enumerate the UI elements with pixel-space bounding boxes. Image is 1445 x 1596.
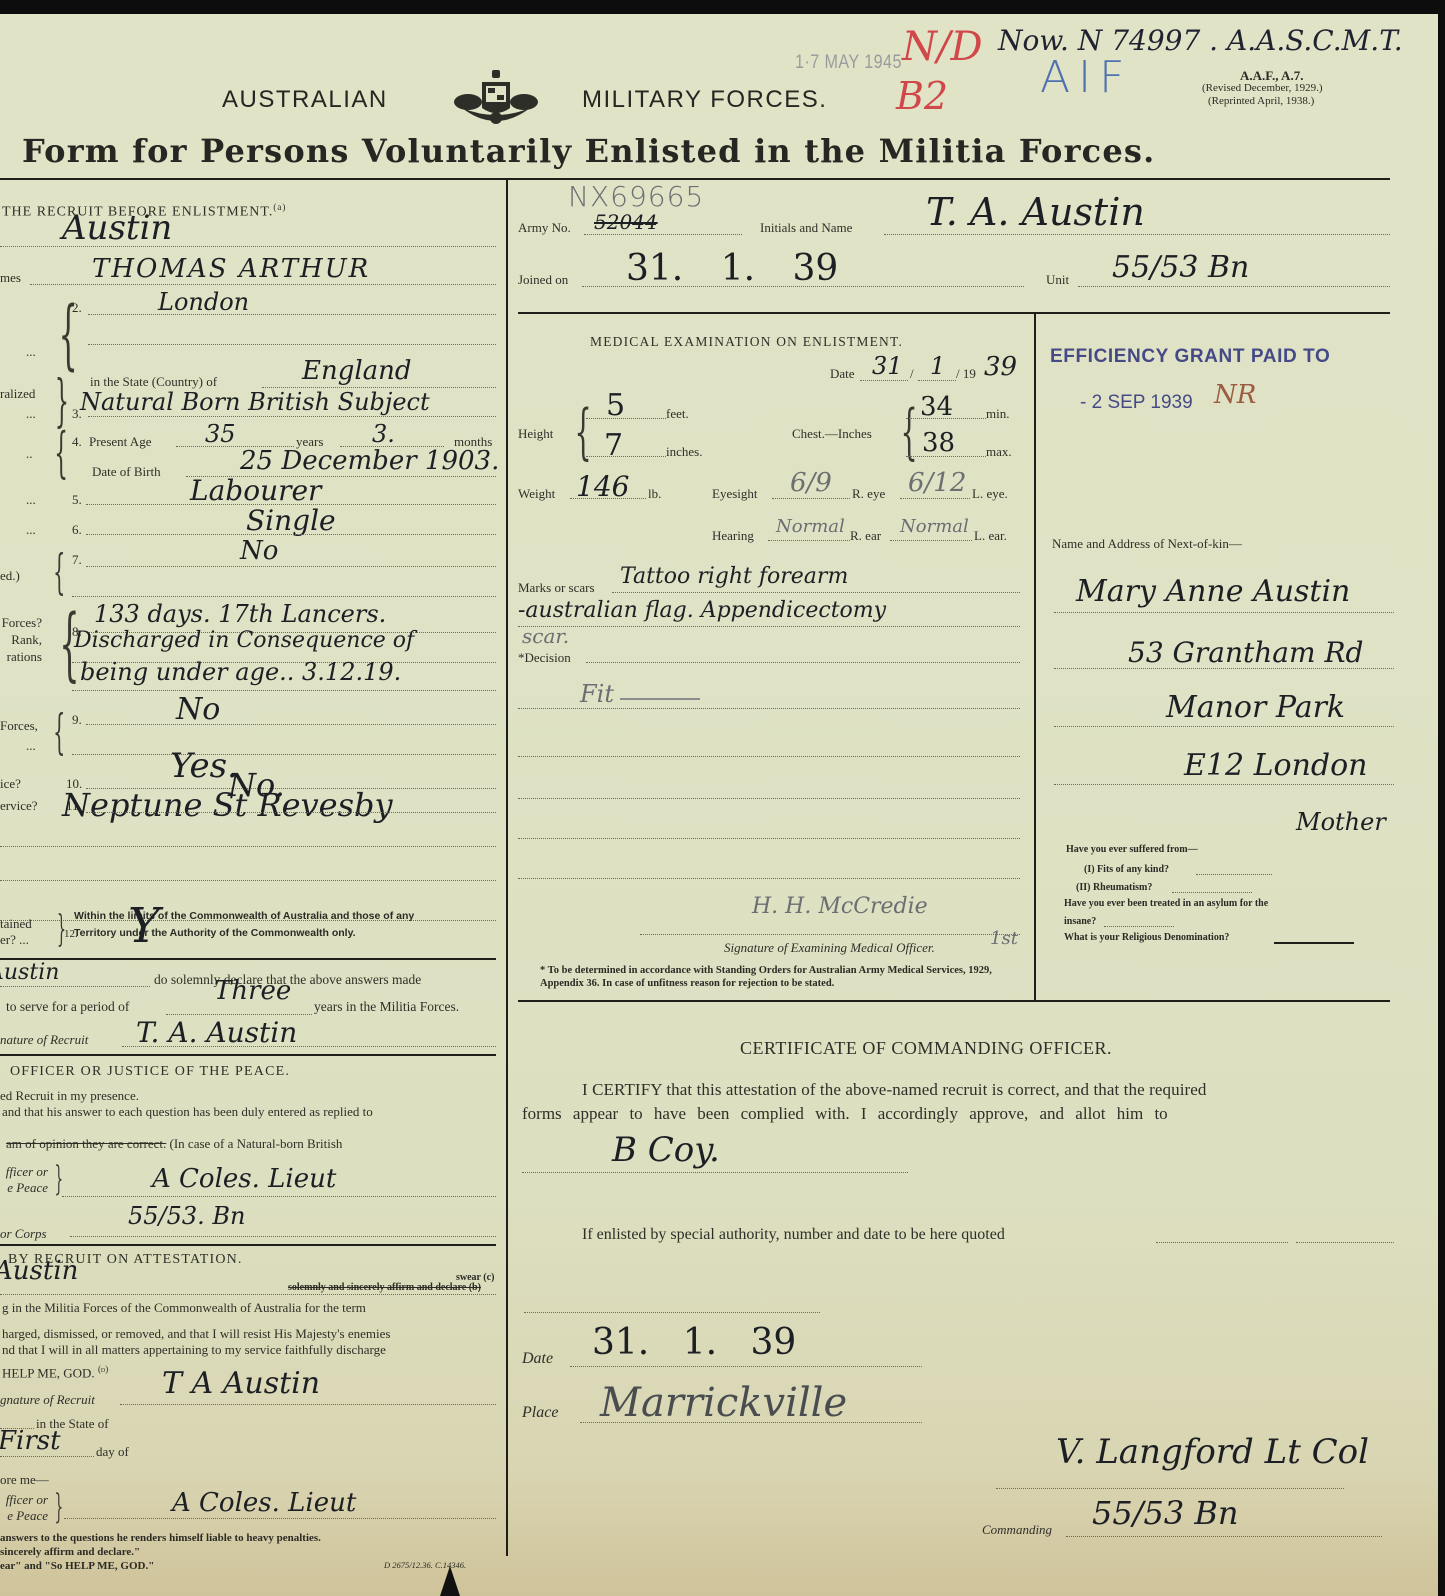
q7-value: No bbox=[240, 536, 278, 566]
height-inches-value: 7 bbox=[604, 428, 623, 463]
nok-line-3: Manor Park bbox=[1166, 690, 1345, 725]
nok-line-2: 53 Grantham Rd bbox=[1128, 636, 1363, 669]
form-title: Form for Persons Voluntarily Enlisted in… bbox=[22, 132, 1155, 170]
witness-signature: A Coles. Lieut bbox=[152, 1164, 336, 1194]
surname-line bbox=[0, 246, 496, 247]
medical-heading: MEDICAL EXAMINATION ON ENLISTMENT. bbox=[590, 334, 903, 350]
country-value: England bbox=[302, 356, 412, 386]
aif-note: AIF bbox=[1040, 52, 1132, 103]
oath-witness-signature: A Coles. Lieut bbox=[172, 1488, 356, 1518]
q8-line-1: 133 days. 17th Lancers. bbox=[94, 600, 386, 628]
initials-name-value: T. A. Austin bbox=[926, 190, 1145, 234]
surname-value: Austin bbox=[62, 208, 172, 248]
q8-line-3: being under age.. 3.12.19. bbox=[80, 658, 401, 686]
nationality-value: Natural Born British Subject bbox=[80, 388, 430, 416]
q9-value: No bbox=[176, 692, 220, 727]
dob-value: 25 December 1903. bbox=[240, 446, 499, 476]
header-military-forces: MILITARY FORCES. bbox=[582, 86, 827, 114]
chest-max-value: 38 bbox=[922, 428, 955, 458]
form-reprinted: (Reprinted April, 1938.) bbox=[1208, 95, 1314, 107]
age-years-value: 35 bbox=[205, 420, 236, 448]
joined-date-value: 31. 1. 39 bbox=[626, 248, 838, 289]
q8-label: Forces? Rank, rations bbox=[0, 614, 42, 665]
marks-line-1: Tattoo right forearm bbox=[620, 564, 848, 589]
nok-line-4: E12 London bbox=[1184, 748, 1368, 783]
given-names-line bbox=[30, 284, 496, 285]
commanding-officer-signature: V. Langford Lt Col bbox=[1056, 1432, 1369, 1472]
header-australian: AUSTRALIAN bbox=[222, 86, 388, 114]
age-months-value: 3. bbox=[372, 420, 395, 448]
medical-date-month: 1 bbox=[930, 352, 945, 380]
given-names-label: mes bbox=[0, 270, 21, 286]
day-value: First bbox=[0, 1426, 61, 1456]
birthplace-value: London bbox=[158, 288, 249, 316]
grant-initials: NR bbox=[1214, 380, 1256, 410]
marital-value: Single bbox=[246, 504, 336, 537]
received-date-stamp: 1·7 MAY 1945 bbox=[795, 52, 902, 74]
commanding-unit-value: 55/53 Bn bbox=[1092, 1494, 1239, 1532]
right-ear-value: Normal bbox=[776, 516, 845, 537]
left-ear-value: Normal bbox=[900, 516, 969, 537]
trade-value: Labourer bbox=[190, 474, 321, 507]
witness-heading: OFFICER OR JUSTICE OF THE PEACE. bbox=[10, 1064, 290, 1080]
marks-line-3: scar. bbox=[522, 624, 569, 648]
medical-date-year: 39 bbox=[984, 352, 1017, 382]
red-mark-nd: N/D bbox=[902, 24, 983, 70]
column-divider bbox=[506, 180, 508, 1556]
certificate-heading: CERTIFICATE OF COMMANDING OFFICER. bbox=[740, 1038, 1112, 1059]
allotted-company: B Coy. bbox=[612, 1130, 720, 1170]
marks-line-2: -australian flag. Appendicectomy bbox=[518, 598, 886, 623]
enlistment-form: AUSTRALIAN MILITARY FORCES. 1·7 MAY 1945… bbox=[0, 14, 1438, 1596]
nok-relation: Mother bbox=[1296, 808, 1386, 836]
recruit-signature-1: T. A. Austin bbox=[136, 1016, 297, 1049]
address-value: Neptune St Revesby bbox=[62, 786, 393, 824]
coat-of-arms-icon bbox=[452, 68, 540, 128]
nok-line-1: Mary Anne Austin bbox=[1076, 574, 1350, 609]
right-eye-value: 6/9 bbox=[790, 468, 832, 498]
q12-mark: Y bbox=[128, 898, 160, 954]
medical-officer-signature: H. H. McCredie bbox=[752, 894, 928, 919]
medical-date-day: 31 bbox=[872, 352, 903, 380]
fold-mark bbox=[440, 1566, 460, 1596]
certificate-place-value: Marrickville bbox=[600, 1380, 847, 1426]
left-eye-value: 6/12 bbox=[908, 468, 966, 498]
given-names-value: THOMAS ARTHUR bbox=[92, 254, 370, 284]
decision-value: Fit bbox=[580, 680, 614, 708]
q8-line-2: Discharged in Consequence of bbox=[74, 628, 414, 653]
service-period-value: Three bbox=[214, 976, 291, 1006]
certificate-date-value: 31. 1. 39 bbox=[592, 1322, 796, 1363]
unit-value: 55/53 Bn bbox=[1112, 250, 1249, 285]
corps-value: 55/53. Bn bbox=[128, 1202, 246, 1230]
efficiency-grant-stamp: EFFICIENCY GRANT PAID TO bbox=[1050, 346, 1330, 368]
medical-footnote: * To be determined in accordance with St… bbox=[540, 964, 1024, 990]
red-mark-b2: B2 bbox=[896, 74, 948, 118]
recruit-signature-2: T A Austin bbox=[162, 1366, 320, 1401]
army-number-struck: 52044 bbox=[594, 210, 658, 234]
form-revised: (Revised December, 1929.) bbox=[1202, 82, 1323, 94]
grant-date-stamp: - 2 SEP 1939 bbox=[1080, 392, 1193, 414]
new-army-number: NX69665 bbox=[568, 180, 704, 213]
